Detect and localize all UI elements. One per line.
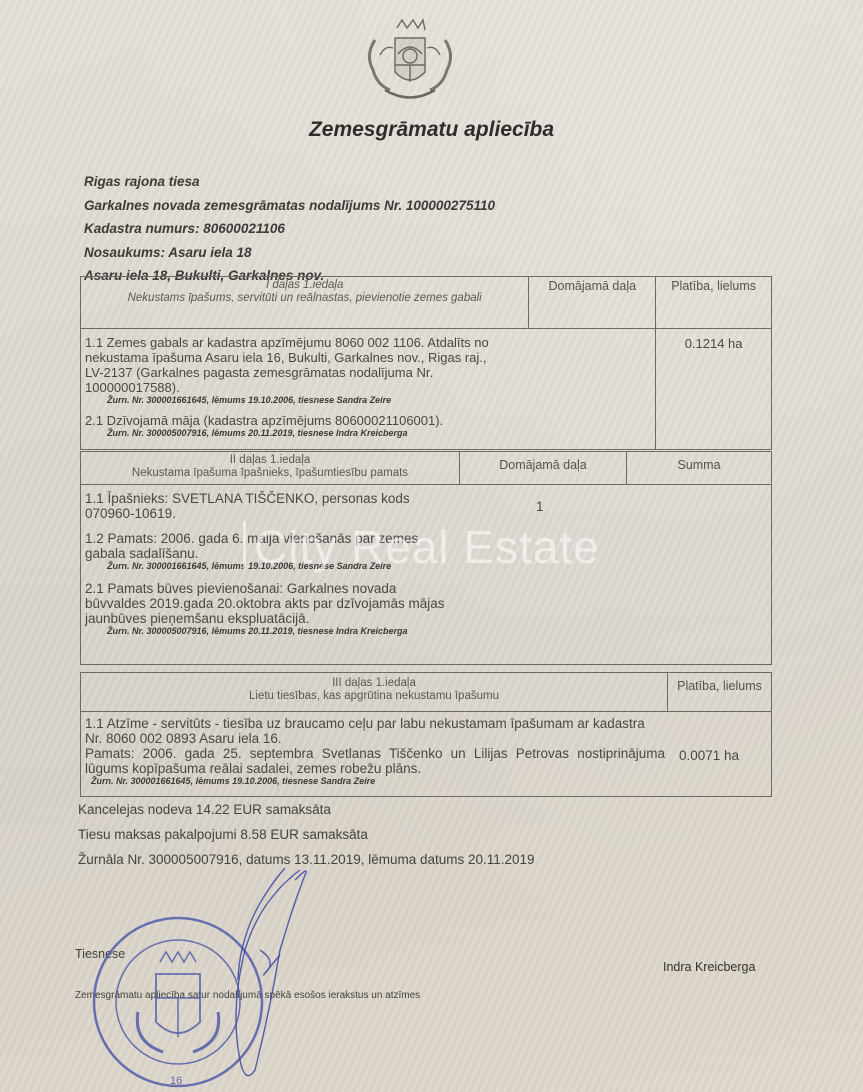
section3-heading-text: III daļas 1.iedaļa (85, 677, 663, 690)
section2-col-sum: Summa (627, 452, 772, 485)
court-name: Rigas rajona tiesa (84, 170, 495, 194)
entry-journal: Žurn. Nr. 300001661645, lēmums 19.10.200… (85, 561, 477, 571)
handwritten-signature-icon (200, 860, 320, 1092)
section1-heading-text: I daļas 1.iedaļa (85, 279, 524, 292)
section3-header-row: III daļas 1.iedaļa Lietu tiesības, kas a… (81, 673, 772, 712)
section1-entries: 1.1 Zemes gabals ar kadastra apzīmējumu … (81, 329, 656, 450)
entry-text: 1.1 Zemes gabals ar kadastra apzīmējumu … (85, 335, 500, 395)
section1-col-share: Domājamā daļa (529, 277, 656, 329)
entry-share: 1 (536, 499, 544, 514)
entry-text: 2.1 Pamats būves pievienošanai: Garkalne… (85, 581, 455, 626)
entry-text: 2.1 Dzīvojamā māja (kadastra apzīmējums … (85, 413, 515, 428)
section3-col-area: Platība, lielums (668, 673, 772, 712)
table-row: 1.1 Atzīme - servitūts - tiesība uz brau… (81, 712, 772, 797)
section1-subheading: Nekustams īpašums, servitūti un reālnast… (85, 292, 524, 305)
section2-header-row: II daļas 1.iedaļa Nekustama īpašuma īpaš… (81, 452, 772, 485)
division-number: Garkalnes novada zemesgrāmatas nodalījum… (84, 194, 495, 218)
section2-entries: 1.1 Īpašnieks: SVETLANA TIŠČENKO, person… (81, 485, 772, 665)
section2-table: II daļas 1.iedaļa Nekustama īpašuma īpaš… (80, 451, 772, 665)
section2-heading: II daļas 1.iedaļa Nekustama īpašuma īpaš… (81, 452, 460, 485)
section3-entries: 1.1 Atzīme - servitūts - tiesība uz brau… (81, 712, 772, 797)
section2-subheading: Nekustama īpašuma īpašnieks, īpašumtiesī… (85, 467, 455, 480)
entry-basis: Pamats: 2006. gada 25. septembra Svetlan… (85, 746, 665, 776)
section3-subheading: Lietu tiesības, kas apgrūtina nekustamu … (85, 690, 663, 703)
section3-table: III daļas 1.iedaļa Lietu tiesības, kas a… (80, 672, 772, 797)
entry-journal: Žurn. Nr. 300005007916, lēmums 20.11.201… (85, 428, 515, 438)
cadastre-number: Kadastra numurs: 80600021106 (84, 217, 495, 241)
entry-area: 0.1214 ha (656, 329, 772, 450)
section1-col-area: Platība, lielums (656, 277, 772, 329)
document-title: Zemesgrāmatu apliecība (0, 118, 863, 142)
court-fee: Tiesu maksas pakalpojumi 8.58 EUR samaks… (78, 822, 535, 847)
entry-journal: Žurn. Nr. 300005007916, lēmums 20.11.201… (85, 626, 467, 636)
entry-journal: Žurn. Nr. 300001661645, lēmums 19.10.200… (85, 776, 767, 786)
entry-area: 0.0071 ha (679, 748, 739, 763)
entry-text: 1.1 Īpašnieks: SVETLANA TIŠČENKO, person… (85, 491, 455, 521)
entry-text: 1.1 Atzīme - servitūts - tiesība uz brau… (85, 716, 665, 746)
section1-table: I daļas 1.iedaļa Nekustams īpašums, serv… (80, 276, 772, 450)
table-row: 1.1 Zemes gabals ar kadastra apzīmējumu … (81, 329, 772, 450)
section1-header-row: I daļas 1.iedaļa Nekustams īpašums, serv… (81, 277, 772, 329)
latvia-coat-of-arms-icon (355, 10, 465, 115)
section2-col-share: Domājamā daļa (460, 452, 627, 485)
section1-heading: I daļas 1.iedaļa Nekustams īpašums, serv… (81, 277, 529, 329)
table-row: 1.1 Īpašnieks: SVETLANA TIŠČENKO, person… (81, 485, 772, 665)
judge-name: Indra Kreicberga (663, 960, 755, 974)
property-name: Nosaukums: Asaru iela 18 (84, 241, 495, 265)
office-fee: Kancelejas nodeva 14.22 EUR samaksāta (78, 797, 535, 822)
seal-number: 16 (170, 1075, 182, 1087)
section2-heading-text: II daļas 1.iedaļa (85, 454, 455, 467)
entry-text: 1.2 Pamats: 2006. gada 6. maija vienošan… (85, 531, 455, 561)
document-header: Rigas rajona tiesa Garkalnes novada zeme… (84, 170, 495, 288)
section3-heading: III daļas 1.iedaļa Lietu tiesības, kas a… (81, 673, 668, 712)
entry-journal: Žurn. Nr. 300001661645, lēmums 19.10.200… (85, 395, 515, 405)
